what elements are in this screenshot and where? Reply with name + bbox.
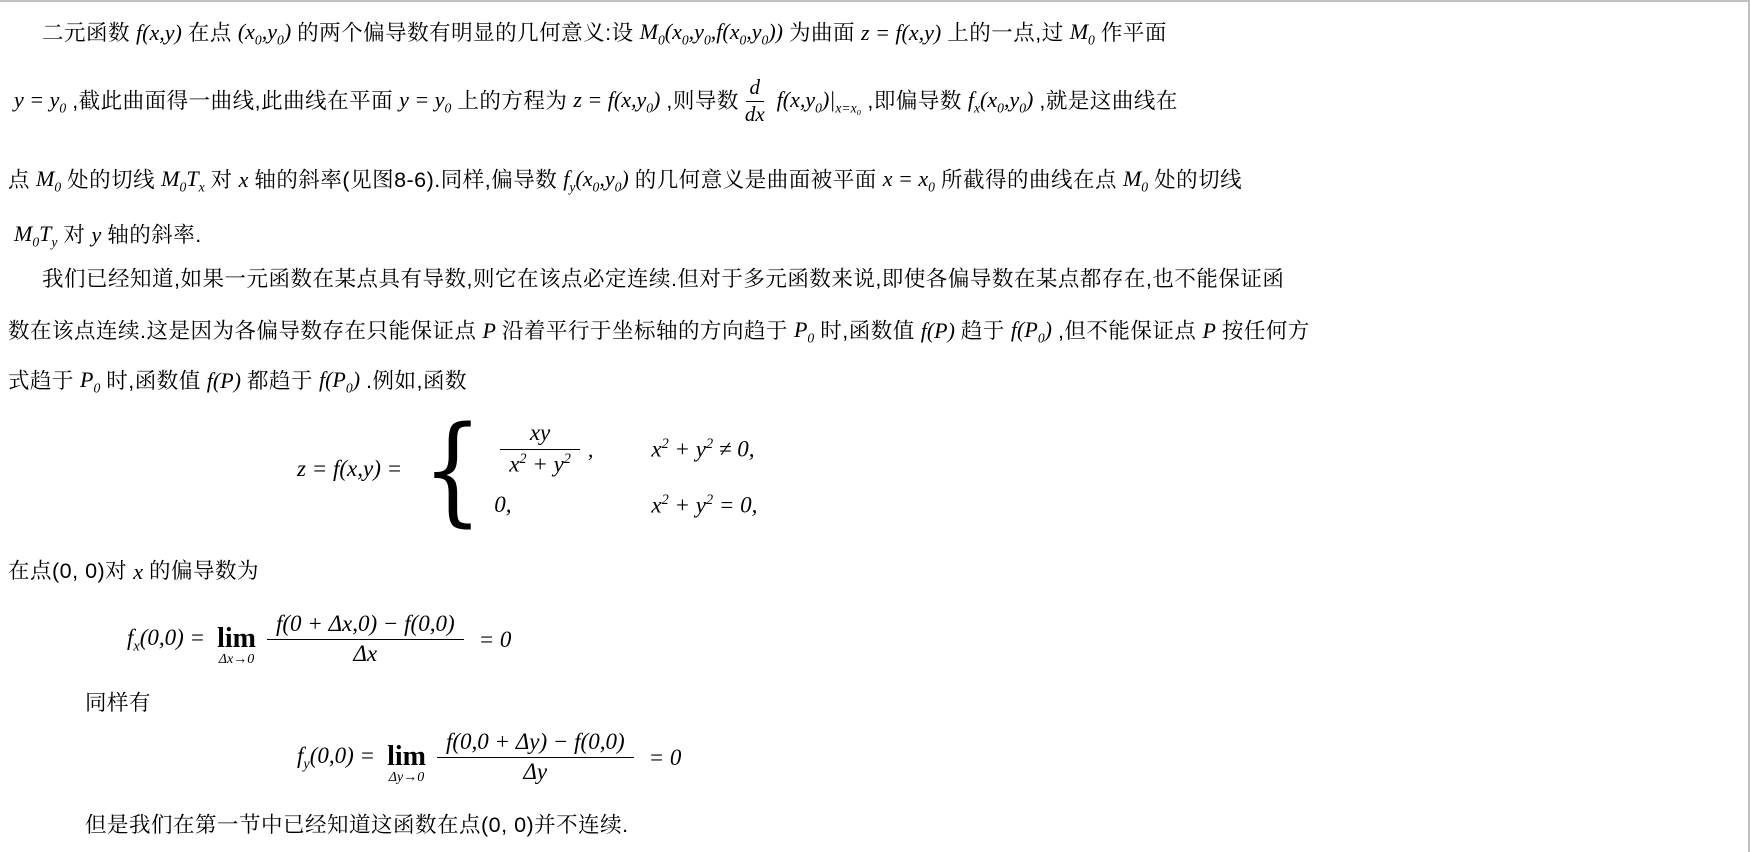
math-segment: f(x,y) xyxy=(136,19,182,47)
math-segment: M0Tx xyxy=(161,165,204,195)
case2-condition: x2 + y2 = 0, xyxy=(651,492,757,519)
text-segment: 上的方程为 xyxy=(457,88,567,115)
text-segment: 同样有 xyxy=(85,690,151,717)
text-segment: 在点(0, 0)对 xyxy=(8,558,127,585)
fraction-numerator: xy xyxy=(521,419,559,448)
display-fraction: xy x2 + y2 xyxy=(500,419,580,480)
limit-subscript: Δy→0 xyxy=(389,770,424,786)
text-segment: 对 xyxy=(63,222,85,249)
math-subscript: y xyxy=(303,756,309,772)
math-subscript: 0 xyxy=(593,179,600,194)
equation-fy-limit: fy(0,0) = lim Δy→0 f(0,0 + Δy) − f(0,0) … xyxy=(288,728,690,788)
math-subscript: 0 xyxy=(682,32,689,47)
fraction-denominator: Δx xyxy=(344,640,386,669)
math-segment: z = f(x,y0) xyxy=(573,86,660,116)
math-subscript: 0 xyxy=(1019,100,1026,115)
math-subscript: 0 xyxy=(739,32,746,47)
text-segment: 点 xyxy=(8,167,30,194)
text-segment: 为曲面 xyxy=(789,20,855,47)
equation-lhs: fy(0,0) = xyxy=(297,743,375,774)
text-segment: 趋于 xyxy=(961,318,1005,345)
text-segment: 上的一点,过 xyxy=(947,20,1063,47)
equation-piecewise-function: z = f(x,y) = { xy x2 + y2 , x2 + y2 ≠ 0,… xyxy=(288,410,757,528)
equation-rhs: = 0 xyxy=(649,745,682,771)
text-segment: 的偏导数为 xyxy=(149,558,259,585)
text-segment: 数在该点连续.这是因为各偏导数存在只能保证点 xyxy=(8,318,476,345)
math-segment: y = y0 xyxy=(14,86,66,116)
math-segment: M0 xyxy=(1070,18,1095,48)
case1-condition: x2 + y2 ≠ 0, xyxy=(651,436,754,463)
math-subscript: 0 xyxy=(807,330,814,345)
text-segment: 我们已经知道,如果一元函数在某点具有导数,则它在该点必定连续.但对于多元函数来说… xyxy=(42,266,1284,293)
cases-grid: xy x2 + y2 , x2 + y2 ≠ 0, 0, x2 + y2 = 0… xyxy=(494,419,757,518)
math-segment: M0 xyxy=(36,165,61,195)
math-subscript: y xyxy=(569,179,575,194)
text-segment: ,截此曲面得一曲线,此曲线在平面 xyxy=(72,88,393,115)
math-subscript: x xyxy=(133,638,139,654)
math-segment: P xyxy=(482,317,495,345)
text-line-continuity-2: 数在该点连续.这是因为各偏导数存在只能保证点P沿着平行于坐标轴的方向趋于P0时,… xyxy=(8,316,1310,346)
text-segment: 按任何方 xyxy=(1222,318,1310,345)
equation-lhs: z = f(x,y) = xyxy=(297,456,402,482)
text-line-partial-x-intro: 在点(0, 0)对x的偏导数为 xyxy=(8,558,259,586)
limit-operator: lim Δx→0 xyxy=(217,626,256,669)
text-segment: 但是我们在第一节中已经知道这函数在点(0, 0)并不连续. xyxy=(85,812,629,839)
text-line-continuity-3: 式趋于P0时,函数值f(P)都趋于f(P0).例如,函数 xyxy=(8,366,467,396)
text-segment: 轴的斜率. xyxy=(107,222,201,249)
display-fraction: f(0 + Δx,0) − f(0,0) Δx xyxy=(267,610,464,670)
fraction-denominator: Δy xyxy=(514,758,556,787)
math-segment: (x0,y0) xyxy=(238,18,291,48)
math-subscript: 0 xyxy=(704,32,711,47)
text-segment: 二元函数 xyxy=(42,20,130,47)
cases-brace: { xyxy=(423,410,483,528)
text-segment: 时,函数值 xyxy=(106,368,200,395)
math-subscript: 0 xyxy=(928,179,935,194)
fraction-denominator: x2 + y2 xyxy=(500,450,580,480)
math-subscript: 0 xyxy=(93,380,100,395)
math-subscript: 0 xyxy=(277,32,284,47)
math-segment: z = f(x,y) xyxy=(861,19,941,47)
math-segment: M0(x0,y0,f(x0,y0)) xyxy=(640,18,783,48)
text-segment: 的几何意义是曲面被平面 xyxy=(635,167,877,194)
math-subscript: 0 xyxy=(1141,179,1148,194)
text-segment: ,但不能保证点 xyxy=(1058,318,1196,345)
text-segment: ,则导数 xyxy=(666,88,738,115)
text-segment: 轴的斜率(见图8-6).同样,偏导数 xyxy=(254,167,557,194)
math-subscript: 0 xyxy=(646,100,653,115)
math-segment: y = y0 xyxy=(399,86,451,116)
math-subscript: 0 xyxy=(346,380,353,395)
text-segment: 式趋于 xyxy=(8,368,74,395)
math-segment: f(P0) xyxy=(319,366,360,396)
math-subscript: 0 xyxy=(658,32,665,47)
text-segment: 的两个偏导数有明显的几何意义:设 xyxy=(297,20,633,47)
math-subscript: x xyxy=(199,179,205,194)
case1-comma: , xyxy=(588,437,594,463)
math-superscript: 2 xyxy=(706,492,713,508)
math-segment: fy(x0,y0) xyxy=(563,165,629,195)
math-subscript: 0 xyxy=(1088,32,1095,47)
math-subscript: 0 xyxy=(255,32,262,47)
math-segment: f(P) xyxy=(921,317,955,345)
limit-label: lim xyxy=(217,626,256,653)
text-segment: 所截得的曲线在点 xyxy=(941,167,1117,194)
math-subscript: 0 xyxy=(54,179,61,194)
case2-value: 0, xyxy=(494,492,511,518)
text-segment: ,就是这曲线在 xyxy=(1039,88,1177,115)
fraction-part: d xyxy=(746,76,765,101)
math-superscript: 2 xyxy=(519,451,526,467)
fraction-numerator: f(0 + Δx,0) − f(0,0) xyxy=(267,610,464,639)
text-segment: ,即偏导数 xyxy=(867,88,961,115)
limit-operator: lim Δy→0 xyxy=(387,744,426,787)
math-subscript: 0 xyxy=(762,32,769,47)
math-superscript: 2 xyxy=(662,492,669,508)
math-subscript: 0 xyxy=(445,100,452,115)
math-segment: x xyxy=(133,558,143,586)
text-line-geometric-meaning-2: y = y0,截此曲面得一曲线,此曲线在平面y = y0上的方程为z = f(x… xyxy=(8,64,1178,138)
math-segment: P xyxy=(1202,317,1215,345)
math-segment: f(P) xyxy=(207,367,241,395)
math-subscript: x=x₀ xyxy=(835,100,861,115)
text-segment: 处的切线 xyxy=(1154,167,1242,194)
text-segment: 都趋于 xyxy=(247,368,313,395)
math-segment: M0 xyxy=(1123,165,1148,195)
text-line-conclusion: 但是我们在第一节中已经知道这函数在点(0, 0)并不连续. xyxy=(85,812,629,839)
math-segment: f(P0) xyxy=(1011,316,1052,346)
math-subscript: x xyxy=(974,100,980,115)
text-segment: 时,函数值 xyxy=(820,318,914,345)
math-superscript: 2 xyxy=(564,451,571,467)
limit-label: lim xyxy=(387,744,426,771)
fraction-part: dx xyxy=(745,102,765,126)
math-segment: y xyxy=(91,221,101,249)
text-segment: 沿着平行于坐标轴的方向趋于 xyxy=(502,318,788,345)
text-line-geometric-meaning-4: M0Ty对y轴的斜率. xyxy=(8,220,202,250)
math-subscript: 0 xyxy=(59,100,66,115)
math-subscript: 0 xyxy=(997,100,1004,115)
document-page: 二元函数f(x,y)在点(x0,y0)的两个偏导数有明显的几何意义:设M0(x0… xyxy=(0,0,1750,852)
math-subscript: 0 xyxy=(180,179,187,194)
text-segment: .例如,函数 xyxy=(366,368,467,395)
math-subscript: 0 xyxy=(32,234,39,249)
math-segment: P0 xyxy=(794,316,814,346)
text-segment: 作平面 xyxy=(1101,20,1167,47)
math-segment: fx(x0,y0) xyxy=(968,86,1034,116)
text-line-similarly: 同样有 xyxy=(85,690,151,717)
math-segment: M0Ty xyxy=(14,220,57,250)
inline-fraction: ddx xyxy=(745,76,765,125)
equation-rhs: = 0 xyxy=(479,627,512,653)
text-line-continuity-1: 我们已经知道,如果一元函数在某点具有导数,则它在该点必定连续.但对于多元函数来说… xyxy=(42,266,1284,293)
limit-subscript: Δx→0 xyxy=(219,652,254,668)
math-segment: P0 xyxy=(80,366,100,396)
equation-lhs: fx(0,0) = xyxy=(127,625,205,656)
math-segment: f(x,y0)|x=x₀ xyxy=(777,86,862,116)
text-line-geometric-meaning-1: 二元函数f(x,y)在点(x0,y0)的两个偏导数有明显的几何意义:设M0(x0… xyxy=(42,18,1167,48)
text-segment: 对 xyxy=(211,167,233,194)
text-line-geometric-meaning-3: 点M0处的切线M0Tx对x轴的斜率(见图8-6).同样,偏导数fy(x0,y0)… xyxy=(8,165,1242,195)
math-subscript: 0 xyxy=(615,179,622,194)
math-superscript: 2 xyxy=(706,436,713,452)
math-segment: x xyxy=(239,166,249,194)
text-segment: 处的切线 xyxy=(67,167,155,194)
math-segment: x = x0 xyxy=(883,165,935,195)
math-superscript: 2 xyxy=(662,436,669,452)
math-subscript: 0 xyxy=(815,100,822,115)
math-subscript: 0 xyxy=(1038,330,1045,345)
text-segment: 在点 xyxy=(188,20,232,47)
math-subscript: y xyxy=(51,234,57,249)
display-fraction: f(0,0 + Δy) − f(0,0) Δy xyxy=(437,728,634,788)
case1-value: xy x2 + y2 , xyxy=(494,419,593,480)
fraction-numerator: f(0,0 + Δy) − f(0,0) xyxy=(437,728,634,757)
equation-fx-limit: fx(0,0) = lim Δx→0 f(0 + Δx,0) − f(0,0) … xyxy=(118,610,520,670)
